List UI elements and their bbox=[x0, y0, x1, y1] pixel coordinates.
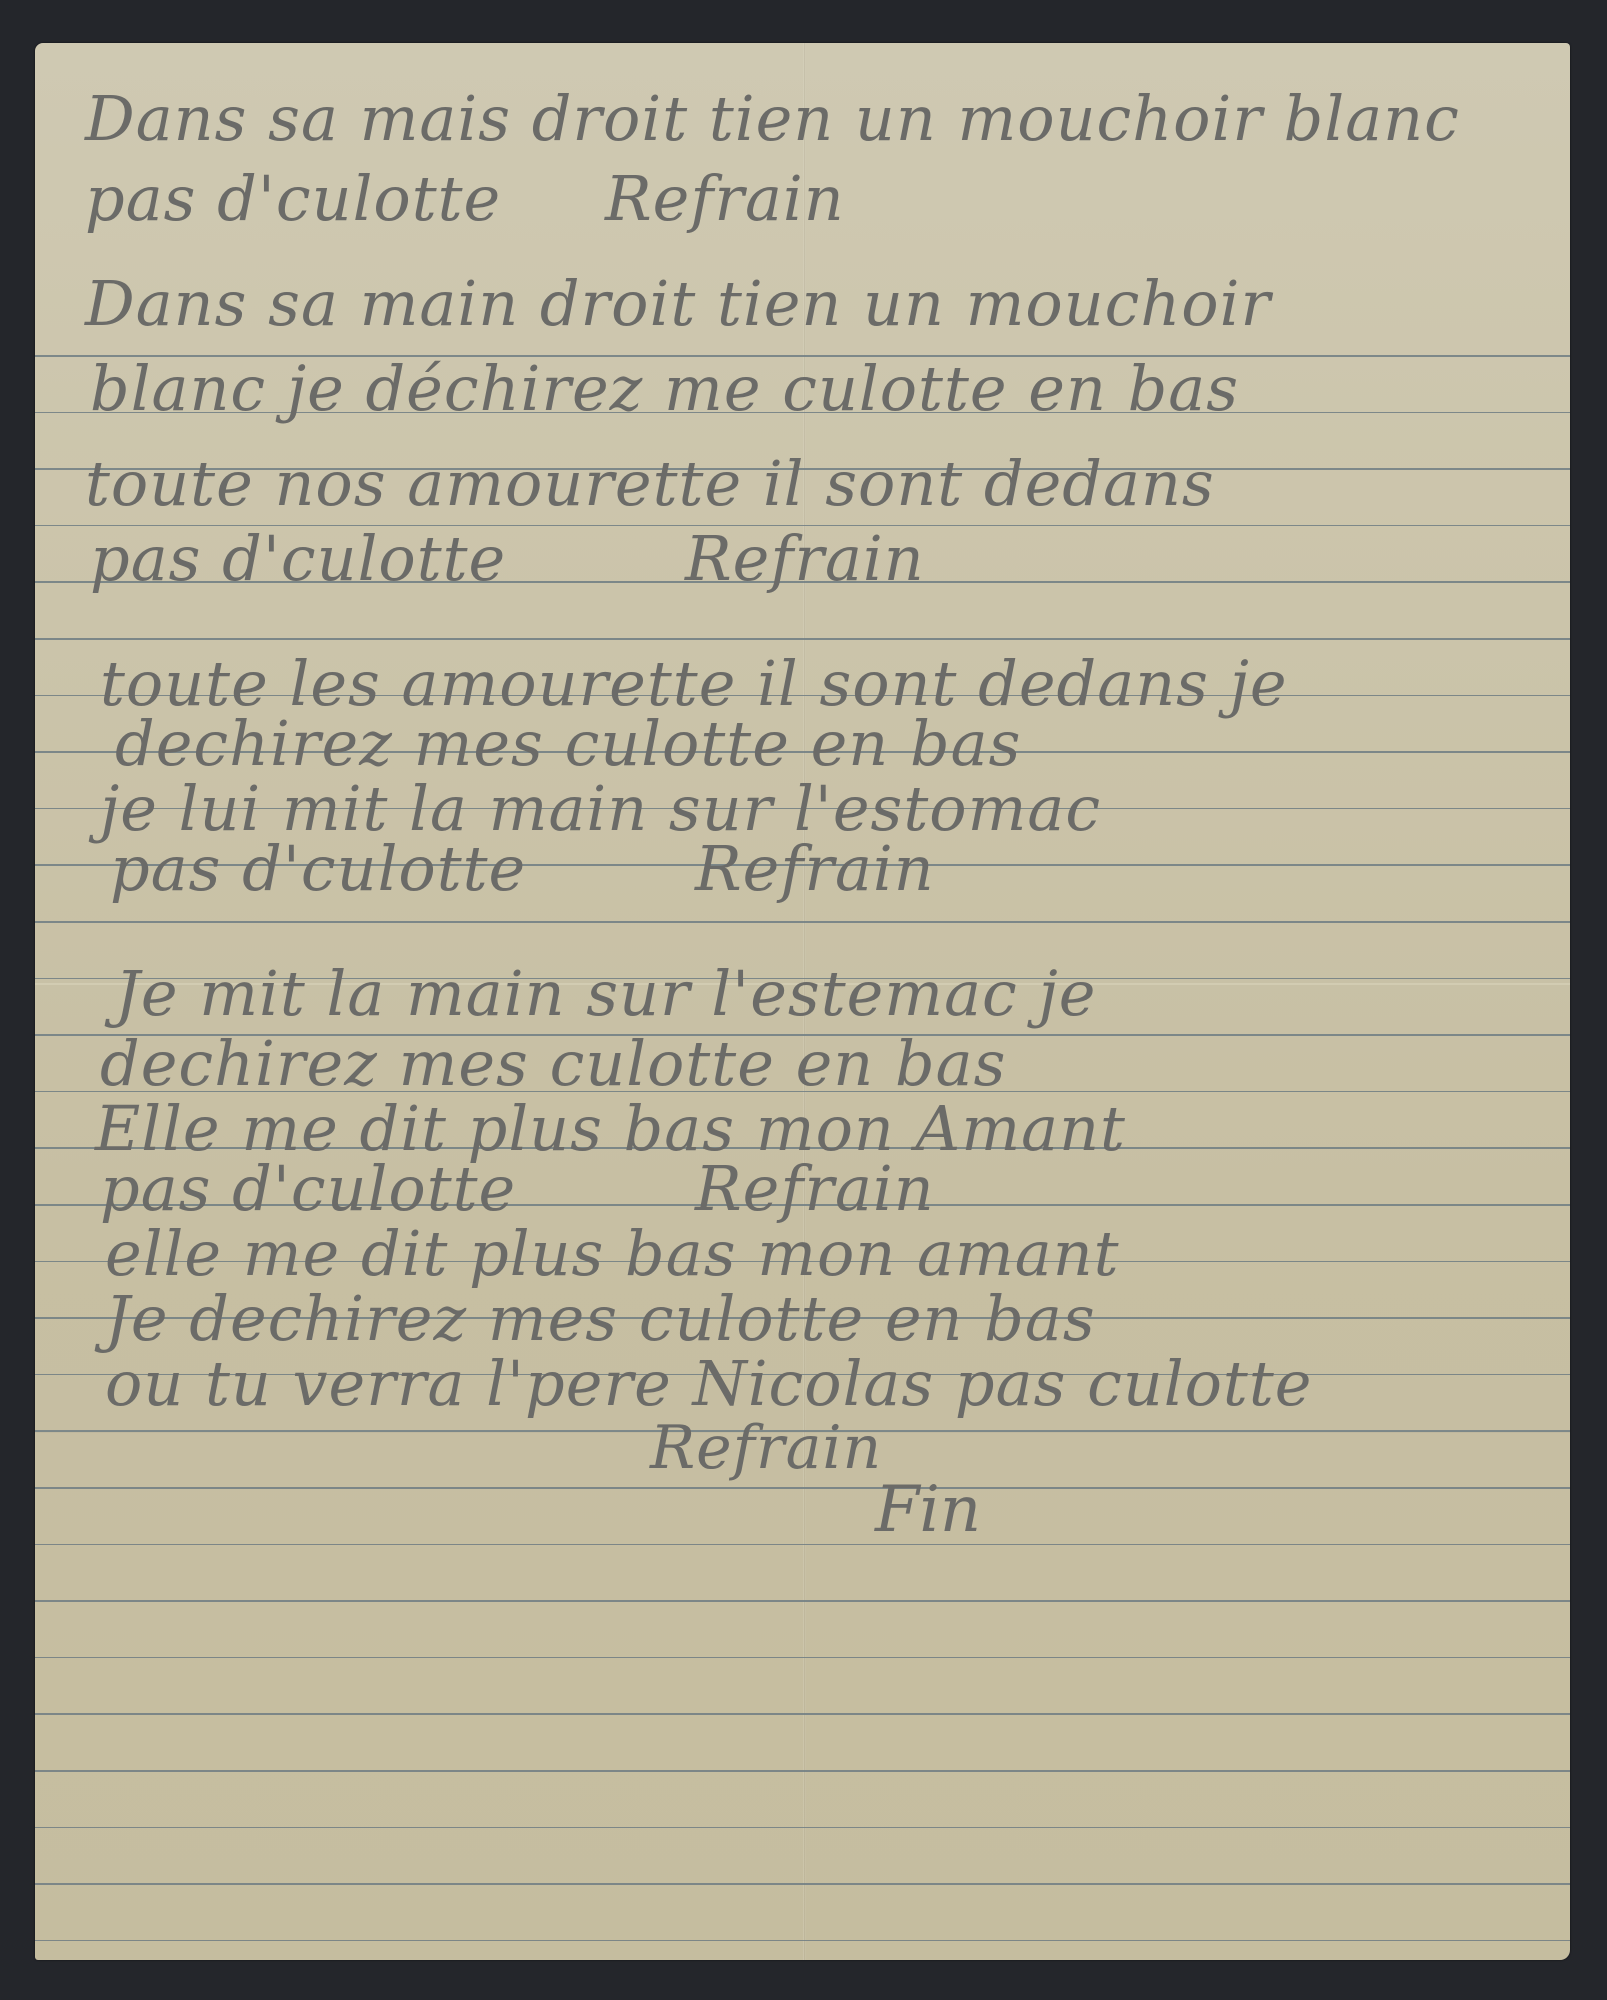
lyric-line-15: elle me dit plus bas mon amant bbox=[105, 1223, 1120, 1285]
lyric-line-5: toute nos amourette il sont dedans bbox=[85, 453, 1215, 515]
lyric-line-4: blanc je déchirez me culotte en bas bbox=[90, 358, 1239, 420]
rule-line bbox=[35, 1883, 1570, 1885]
lyric-text: pas d'culotte bbox=[100, 1152, 516, 1225]
lyric-text: pas d'culotte bbox=[90, 522, 506, 595]
lyric-text: pas d'culotte bbox=[85, 162, 501, 235]
lyric-text: elle me dit plus bas mon amant bbox=[105, 1217, 1120, 1290]
lyric-line-14: pas d'culotteRefrain bbox=[100, 1158, 516, 1220]
lyric-line-13: Elle me dit plus bas mon Amant bbox=[95, 1098, 1126, 1160]
lyric-line-6: pas d'culotteRefrain bbox=[90, 528, 506, 590]
rule-line bbox=[35, 1544, 1570, 1546]
rule-line bbox=[35, 1487, 1570, 1489]
closing-signature-fin: Fin bbox=[875, 1478, 981, 1542]
rule-line bbox=[35, 1657, 1570, 1659]
lyric-line-16: Je dechirez mes culotte en bas bbox=[105, 1288, 1096, 1350]
document-scan: Dans sa mais droit tien un mouchoir blan… bbox=[0, 0, 1607, 2000]
lyric-text: Dans sa main droit tien un mouchoir bbox=[85, 267, 1271, 340]
final-refrain-marker: Refrain bbox=[650, 1418, 882, 1478]
refrain-marker: Refrain bbox=[685, 528, 925, 590]
lyric-line-7: toute les amourette il sont dedans je bbox=[100, 653, 1288, 715]
lyric-line-3: Dans sa main droit tien un mouchoir bbox=[85, 273, 1271, 335]
refrain-marker: Refrain bbox=[605, 168, 845, 230]
rule-line bbox=[35, 638, 1570, 640]
lyric-text: pas d'culotte bbox=[110, 832, 526, 905]
rule-line bbox=[35, 1827, 1570, 1829]
rule-line bbox=[35, 1713, 1570, 1715]
lyric-line-8: dechirez mes culotte en bas bbox=[115, 713, 1021, 775]
lyric-text: Je mit la main sur l'estemac je bbox=[115, 957, 1096, 1030]
lyric-line-12: dechirez mes culotte en bas bbox=[100, 1033, 1006, 1095]
lyric-line-10: pas d'culotteRefrain bbox=[110, 838, 526, 900]
lyric-text: dechirez mes culotte en bas bbox=[115, 707, 1021, 780]
lyric-text: Dans sa mais droit tien un mouchoir blan… bbox=[85, 82, 1460, 155]
lyric-line-9: je lui mit la main sur l'estomac bbox=[100, 778, 1101, 840]
rule-line bbox=[35, 1770, 1570, 1772]
lyric-text: dechirez mes culotte en bas bbox=[100, 1027, 1006, 1100]
ruled-paper-sheet: Dans sa mais droit tien un mouchoir blan… bbox=[35, 43, 1570, 1960]
rule-line bbox=[35, 1600, 1570, 1602]
rule-line bbox=[35, 921, 1570, 923]
lyric-line-11: Je mit la main sur l'estemac je bbox=[115, 963, 1096, 1025]
lyric-text: blanc je déchirez me culotte en bas bbox=[90, 352, 1239, 425]
lyric-line-2: pas d'culotteRefrain bbox=[85, 168, 501, 230]
lyric-line-17: ou tu verra l'pere Nicolas pas culotte bbox=[105, 1353, 1312, 1415]
lyric-text: ou tu verra l'pere Nicolas pas culotte bbox=[105, 1347, 1312, 1420]
lyric-text: toute nos amourette il sont dedans bbox=[85, 447, 1215, 520]
refrain-marker: Refrain bbox=[695, 838, 935, 900]
rule-line bbox=[35, 1940, 1570, 1942]
refrain-marker: Refrain bbox=[695, 1158, 935, 1220]
lyric-text: Je dechirez mes culotte en bas bbox=[105, 1282, 1096, 1355]
lyric-line-1: Dans sa mais droit tien un mouchoir blan… bbox=[85, 88, 1460, 150]
